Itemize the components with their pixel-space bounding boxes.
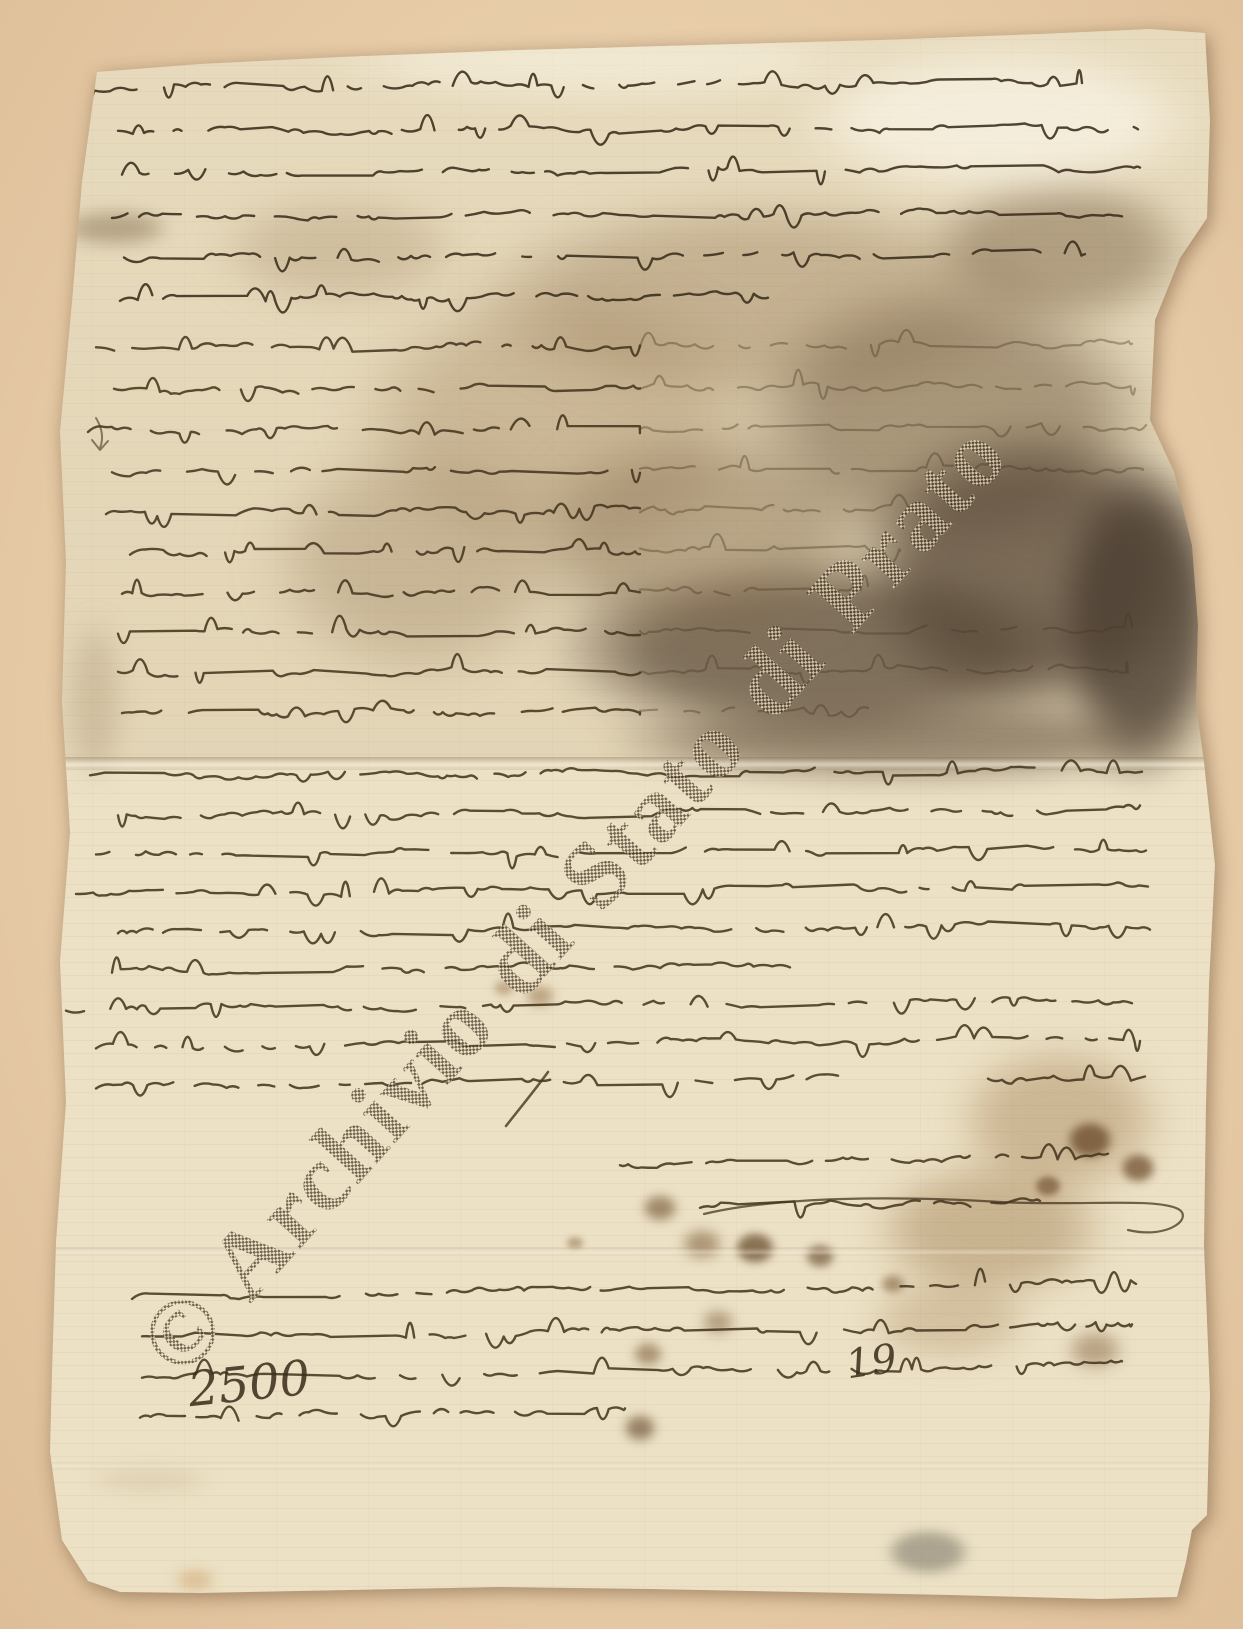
paper-shadow-wrap: 250019 © Archivio di Stato di Prato [0,0,1243,1629]
paper-edge-shading [0,0,1243,1629]
letter-paper: 250019 © Archivio di Stato di Prato [0,0,1243,1629]
scanned-letter-page: 250019 © Archivio di Stato di Prato [0,0,1243,1629]
